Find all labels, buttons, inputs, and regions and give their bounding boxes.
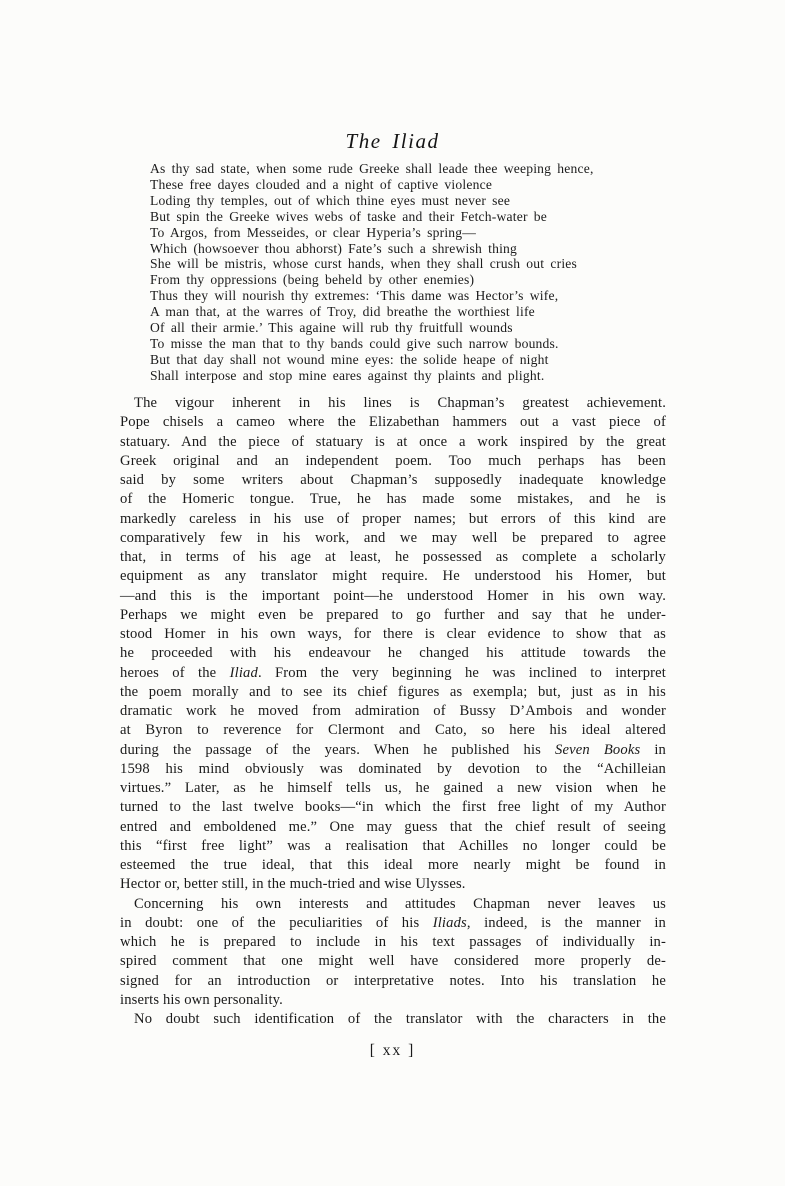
text-line: turned to the last twelve books—“in whic… <box>120 798 666 817</box>
text-line: he proceeded with his endeavour he chang… <box>120 644 666 663</box>
poem-line: Of all their armie.’ This againe will ru… <box>150 320 665 336</box>
body-paragraph: No doubt such identification of the tran… <box>120 1010 666 1029</box>
body-paragraph: The vigour inherent in his lines is Chap… <box>120 394 666 895</box>
text-line: Concerning his own interests and attitud… <box>120 895 666 914</box>
text-line: markedly careless in his use of proper n… <box>120 510 666 529</box>
poem-line: To Argos, from Messeides, or clear Hyper… <box>150 225 665 241</box>
text-line: 1598 his mind obviously was dominated by… <box>120 760 666 779</box>
italic-term: Seven Books <box>555 742 640 758</box>
text-line: dramatic work he moved from admiration o… <box>120 702 666 721</box>
poem-line: She will be mistris, whose curst hands, … <box>150 256 665 272</box>
poem-line: These free dayes clouded and a night of … <box>150 177 665 193</box>
text-line: Greek original and an independent poem. … <box>120 452 666 471</box>
text-line: equipment as any translator might requir… <box>120 567 666 586</box>
poem-line: To misse the man that to thy bands could… <box>150 336 665 352</box>
text-line: in doubt: one of the peculiarities of hi… <box>120 914 666 933</box>
text-line: signed for an introduction or interpreta… <box>120 972 666 991</box>
text-line: esteemed the true ideal, that this ideal… <box>120 856 666 875</box>
text-line: the poem morally and to see its chief fi… <box>120 683 666 702</box>
text-line: Hector or, better still, in the much-tri… <box>120 875 666 894</box>
page-number: [ xx ] <box>0 1042 785 1060</box>
text-line: heroes of the Iliad. From the very begin… <box>120 664 666 683</box>
text-line: No doubt such identification of the tran… <box>120 1010 666 1029</box>
poem-line: From thy oppressions (being beheld by ot… <box>150 272 665 288</box>
poem-line: Which (howsoever thou abhorst) Fate’s su… <box>150 241 665 257</box>
poem-line: But that day shall not wound mine eyes: … <box>150 352 665 368</box>
poem-line: Shall interpose and stop mine eares agai… <box>150 368 665 384</box>
text-line: of the Homeric tongue. True, he has made… <box>120 490 666 509</box>
text-line: statuary. And the piece of statuary is a… <box>120 433 666 452</box>
body-paragraph: Concerning his own interests and attitud… <box>120 895 666 1011</box>
italic-term: Iliad <box>230 665 258 681</box>
text-line: comparatively few in his work, and we ma… <box>120 529 666 548</box>
poem-line: But spin the Greeke wives webs of taske … <box>150 209 665 225</box>
text-line: this “first free light” was a realisatio… <box>120 837 666 856</box>
text-line: at Byron to reverence for Clermont and C… <box>120 721 666 740</box>
poem-line: A man that, at the warres of Troy, did b… <box>150 304 665 320</box>
text-line: virtues.” Later, as he himself tells us,… <box>120 779 666 798</box>
text-line: inserts his own personality. <box>120 991 666 1010</box>
text-line: stood Homer in his own ways, for there i… <box>120 625 666 644</box>
prose: The vigour inherent in his lines is Chap… <box>120 394 666 1029</box>
poem-line: As thy sad state, when some rude Greeke … <box>150 161 665 177</box>
poem-quote: As thy sad state, when some rude Greeke … <box>150 161 665 384</box>
text-line: Pope chisels a cameo where the Elizabeth… <box>120 413 666 432</box>
text-line: Perhaps we might even be prepared to go … <box>120 606 666 625</box>
text-line: —and this is the important point—he unde… <box>120 587 666 606</box>
text-line: that, in terms of his age at least, he p… <box>120 548 666 567</box>
poem-line: Loding thy temples, out of which thine e… <box>150 193 665 209</box>
poem-line: Thus they will nourish thy extremes: ‘Th… <box>150 288 665 304</box>
page-title: The Iliad <box>0 129 785 154</box>
text-line: said by some writers about Chapman’s sup… <box>120 471 666 490</box>
text-line: during the passage of the years. When he… <box>120 741 666 760</box>
text-line: which he is prepared to include in his t… <box>120 933 666 952</box>
text-line: entred and emboldened me.” One may guess… <box>120 818 666 837</box>
book-page: The Iliad As thy sad state, when some ru… <box>0 0 785 1186</box>
text-line: The vigour inherent in his lines is Chap… <box>120 394 666 413</box>
italic-term: Iliads <box>433 915 467 931</box>
text-line: spired comment that one might well have … <box>120 952 666 971</box>
